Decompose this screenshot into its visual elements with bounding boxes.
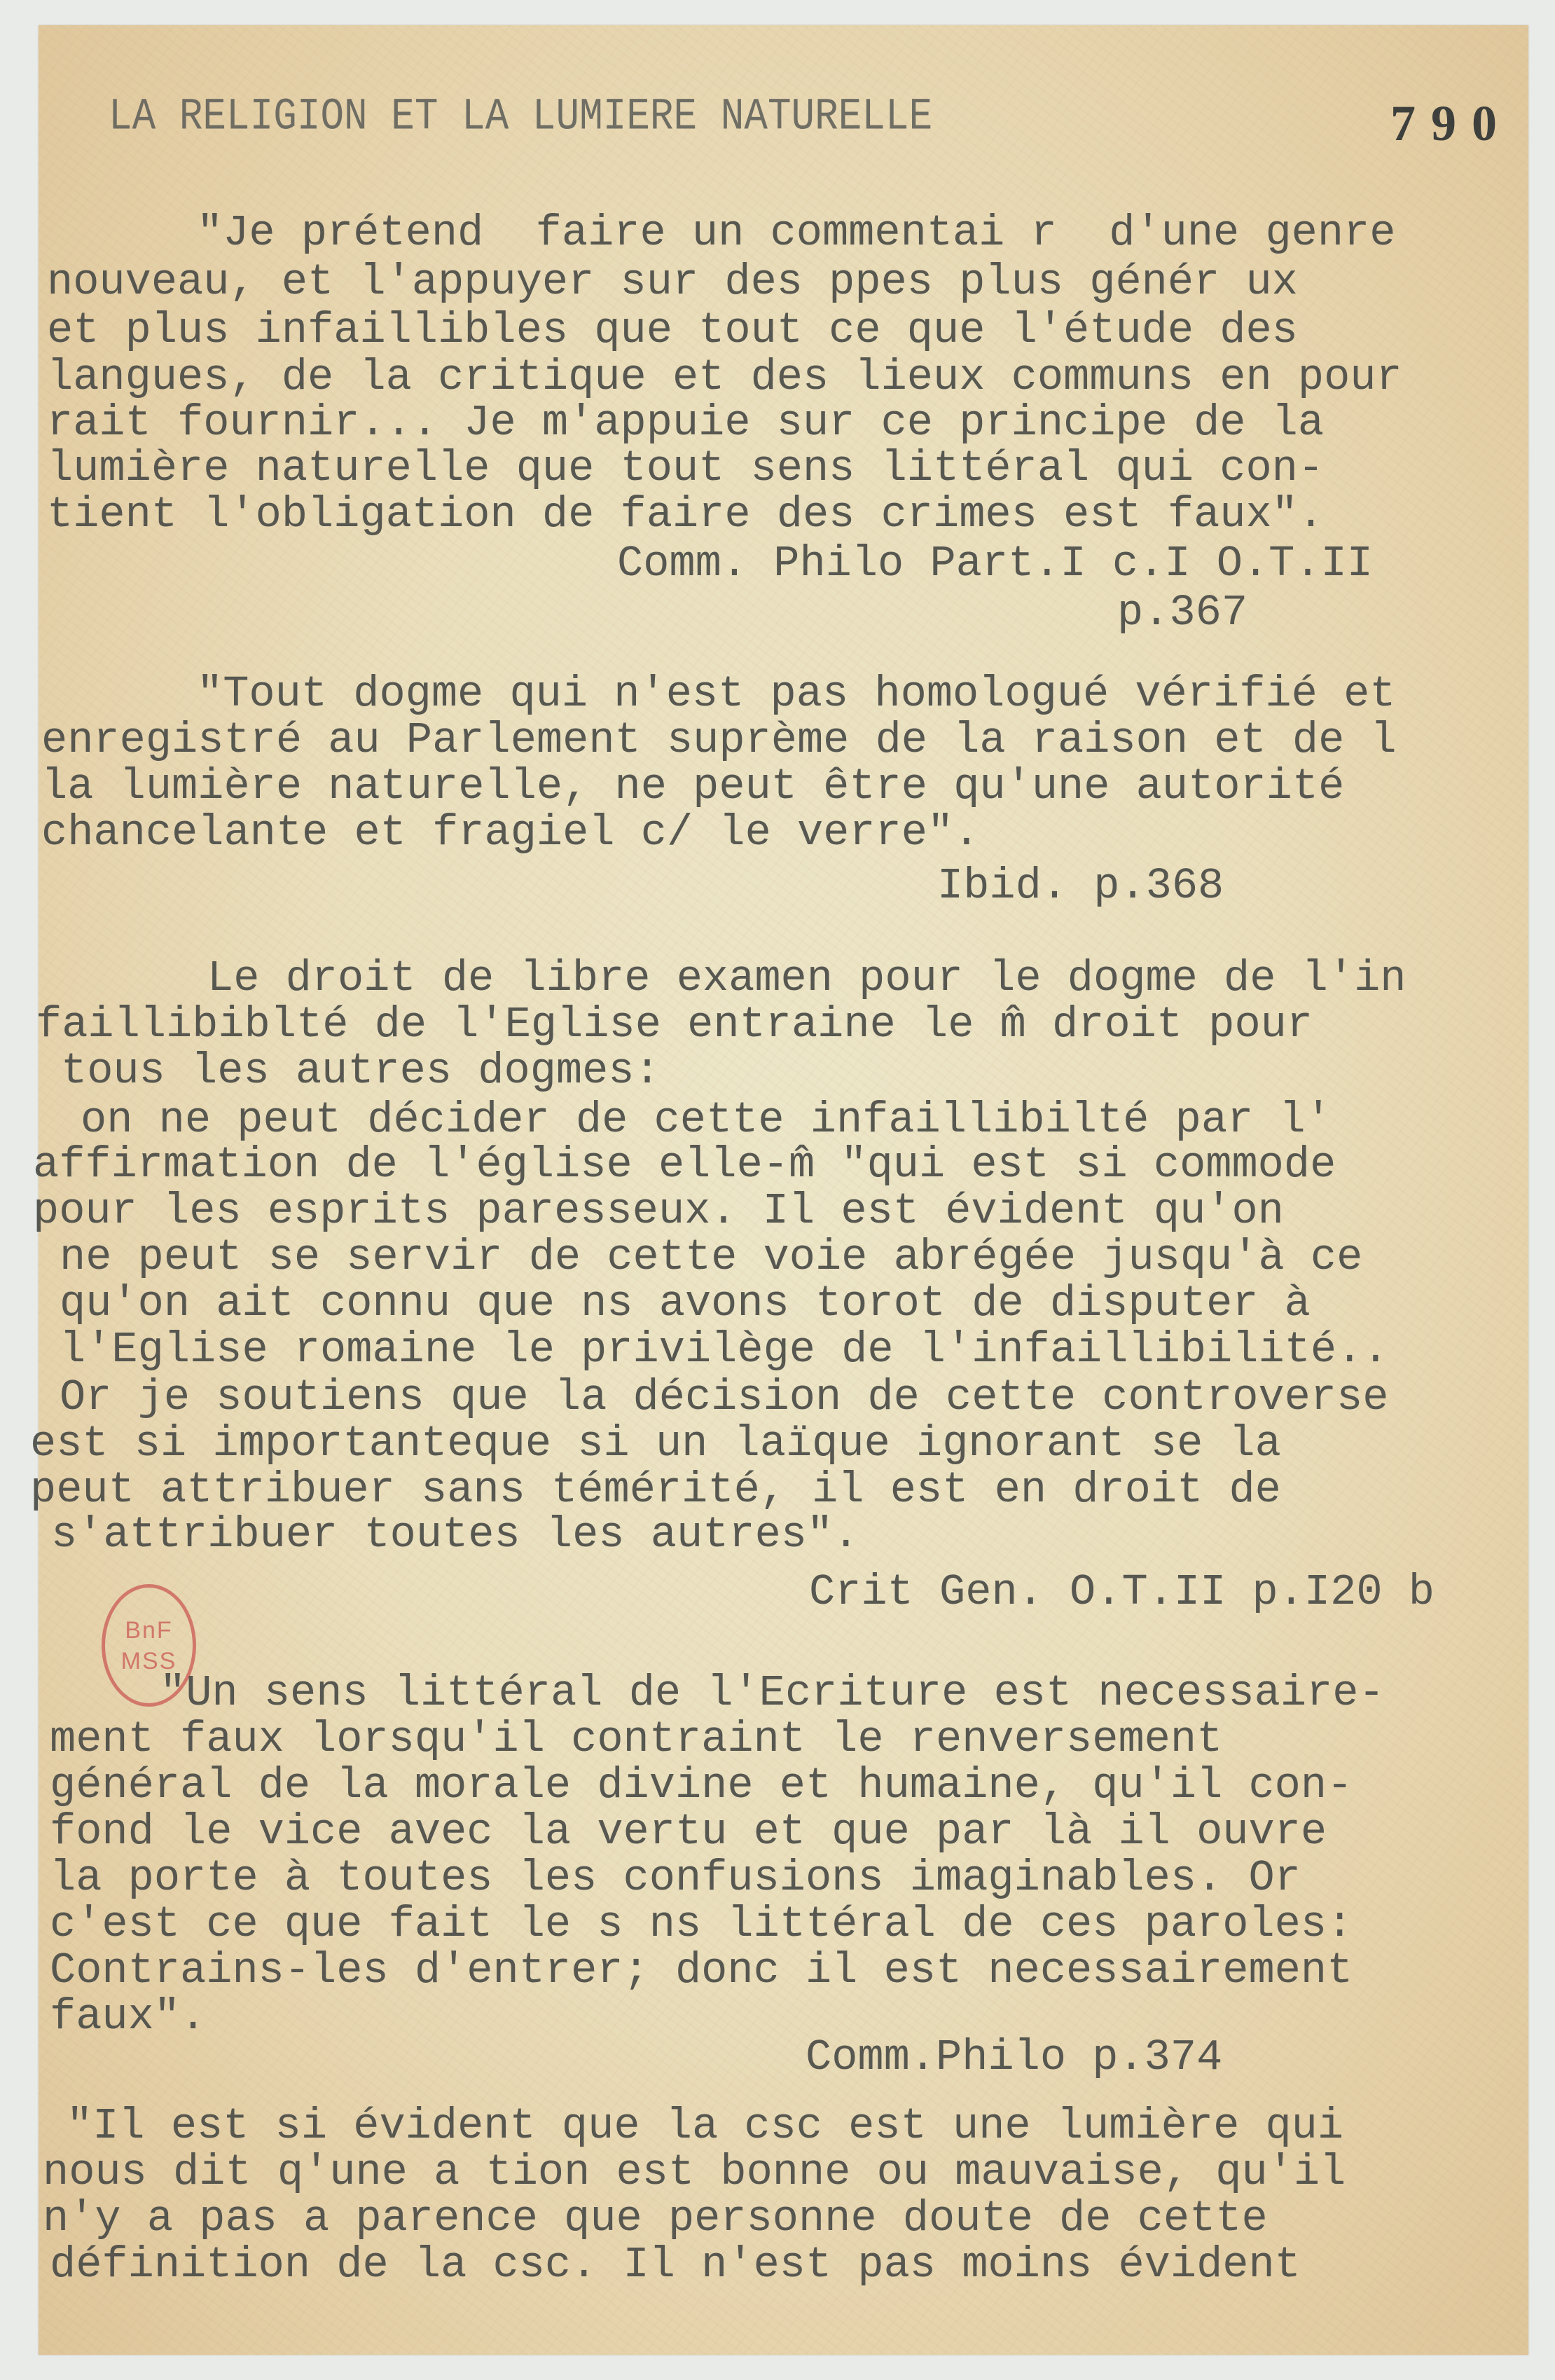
text-line: la porte à toutes les confusions imagina… xyxy=(50,1857,1301,1900)
text-line: Le droit de libre examen pour le dogme d… xyxy=(207,957,1406,1000)
text-line: Or je soutiens que la décision de cette … xyxy=(60,1376,1389,1419)
text-line: faux". xyxy=(50,1995,206,2039)
text-line: l'Eglise romaine le privilège de l'infai… xyxy=(60,1328,1389,1372)
text-line: et plus infaillibles que tout ce que l'é… xyxy=(47,309,1298,352)
text-line: affirmation de l'église elle-m̂ "qui est… xyxy=(33,1143,1336,1187)
text-line: Contrains-les d'entrer; donc il est nece… xyxy=(50,1949,1353,1993)
text-line: nouveau, et l'appuyer sur des ppes plus … xyxy=(47,261,1298,304)
text-line: tous les autres dogmes: xyxy=(61,1050,661,1093)
citation: Comm. Philo Part.I c.I O.T.II xyxy=(617,542,1373,586)
header-title: LA RELIGION ET LA LUMIERE NATURELLE xyxy=(109,94,932,139)
text-line: "Un sens littéral de l'Ecriture est nece… xyxy=(160,1672,1385,1715)
text-line: ne peut se servir de cette voie abrégée … xyxy=(60,1236,1362,1279)
text-line: qu'on ait connu que ns avons torot de di… xyxy=(60,1282,1311,1326)
text-line: c'est ce que fait le s ns littéral de ce… xyxy=(50,1903,1353,1946)
page-number: 790 xyxy=(1390,98,1512,149)
citation: Crit Gen. O.T.II p.I20 b xyxy=(809,1571,1435,1614)
text-line: nous dit q'une a tion est bonne ou mauva… xyxy=(43,2151,1346,2194)
text-line: "Tout dogme qui n'est pas homologué véri… xyxy=(197,673,1395,716)
text-line: enregistré au Parlement suprème de la ra… xyxy=(41,719,1397,762)
text-line: lumière naturelle que tout sens littéral… xyxy=(47,447,1324,490)
text-line: tient l'obligation de faire des crimes e… xyxy=(47,493,1324,537)
text-line: faillibiblté de l'Eglise entraine le m̂ … xyxy=(36,1003,1313,1047)
text-line: la lumière naturelle, ne peut être qu'un… xyxy=(41,765,1344,809)
text-line: général de la morale divine et humaine, … xyxy=(50,1764,1353,1808)
text-line: fond le vice avec la vertu et que par là… xyxy=(50,1810,1327,1854)
text-line: définition de la csc. Il n'est pas moins… xyxy=(50,2243,1301,2287)
text-line: n'y a pas a parence que personne doute d… xyxy=(43,2197,1268,2241)
citation: p.367 xyxy=(1117,591,1248,635)
text-line: ment faux lorsqu'il contraint le renvers… xyxy=(50,1718,1222,1761)
text-line: peut attribuer sans témérité, il est en … xyxy=(30,1468,1281,1512)
archival-index-card: LA RELIGION ET LA LUMIERE NATURELLE 790 … xyxy=(39,25,1528,2355)
text-line: on ne peut décider de cette infaillibilt… xyxy=(81,1099,1332,1142)
citation: Ibid. p.368 xyxy=(937,865,1224,908)
text-line: chancelante et fragiel c/ le verre". xyxy=(41,811,979,855)
text-line: "Je prétend faire un commentai r d'une g… xyxy=(197,212,1395,255)
text-line: rait fournir... Je m'appuie sur ce princ… xyxy=(47,401,1324,445)
text-line: langues, de la critique et des lieux com… xyxy=(47,356,1402,399)
stamp-line-1: BnF xyxy=(105,1615,193,1646)
text-line: s'attribuer toutes les autres". xyxy=(51,1513,859,1557)
text-line: "Il est si évident que la csc est une lu… xyxy=(67,2105,1343,2148)
citation: Comm.Philo p.374 xyxy=(806,2036,1222,2079)
text-line: pour les esprits paresseux. Il est évide… xyxy=(33,1190,1284,1233)
text-line: est si importanteque si un laïque ignora… xyxy=(30,1422,1281,1466)
